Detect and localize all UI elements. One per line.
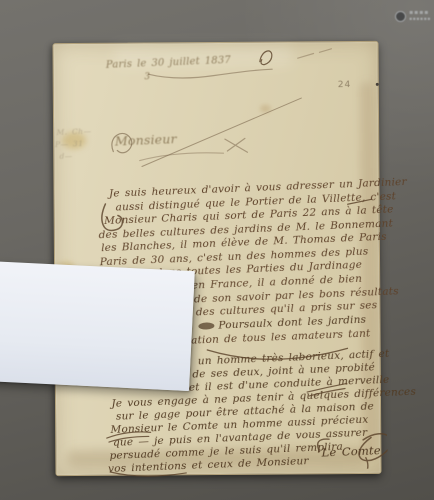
watermark-text-row1: ▪▪▪▪ <box>409 10 431 17</box>
date-line: Paris le 30 juillet 1837 <box>106 55 232 71</box>
salutation: Monsieur <box>115 131 177 148</box>
watermark-logo-icon <box>395 11 406 22</box>
margin-note: d— <box>59 151 73 161</box>
handwriting-line: vation de tous les amateurs tant <box>185 327 371 346</box>
white-card <box>0 261 195 391</box>
watermark-text: ▪▪▪▪ ▪▪▪▪▪▪ <box>409 10 431 22</box>
margin-note: P— 31 <box>55 139 84 149</box>
ink-dot <box>376 83 379 86</box>
margin-note: M. Ch— <box>56 126 91 136</box>
handwriting-block: Paris le 30 juillet 1837 3 M. Ch— P— 31 … <box>47 37 388 481</box>
watermark-text-row2: ▪▪▪▪▪▪ <box>409 17 431 22</box>
scratched-digit: 3 <box>144 72 150 82</box>
photo-background: ▪▪▪▪ ▪▪▪▪▪▪ 24 Paris le 30 juillet 1837 … <box>0 0 434 500</box>
watermark: ▪▪▪▪ ▪▪▪▪▪▪ <box>395 10 431 22</box>
letter-document: 24 Paris le 30 juillet 1837 3 M. Ch— P— … <box>52 41 381 476</box>
signature: Le Comte <box>321 443 381 459</box>
